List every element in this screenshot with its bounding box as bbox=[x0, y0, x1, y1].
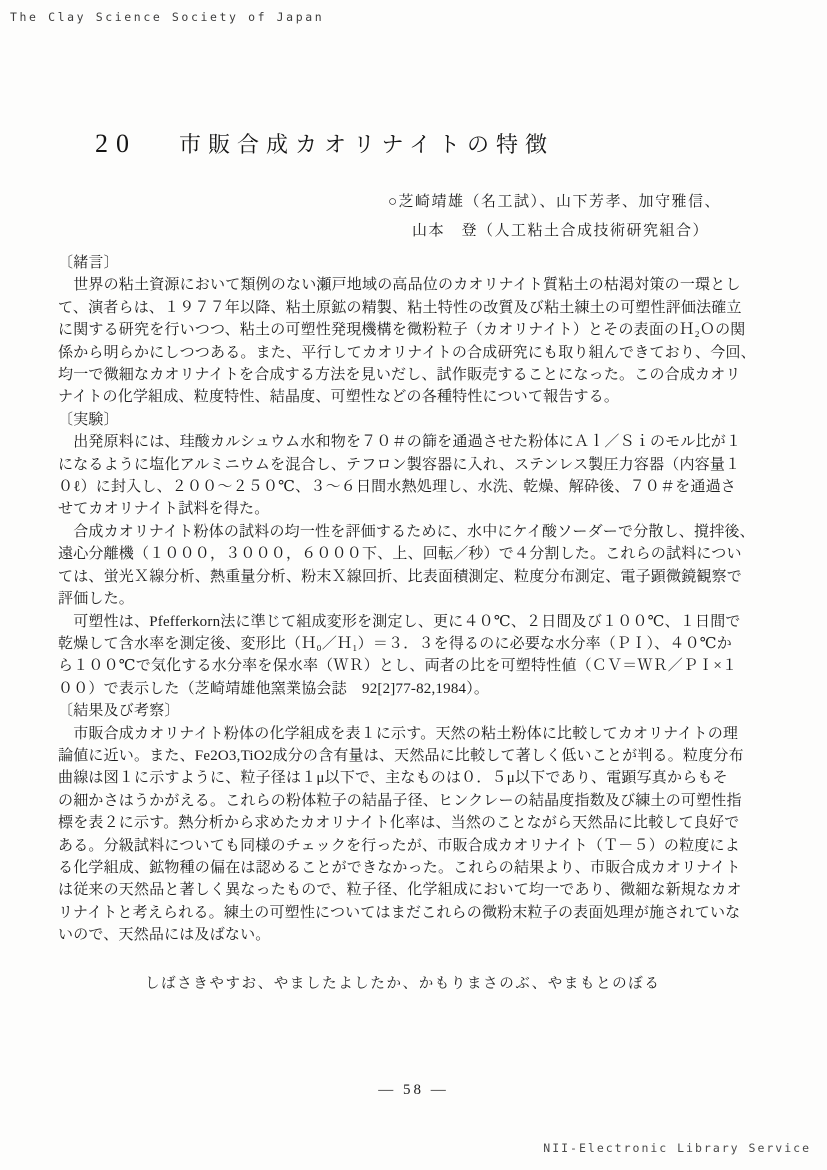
body-line: 市販合成カオリナイト粉体の化学組成を表１に示す。天然の粘土粉体に比較してカオリナ… bbox=[58, 723, 774, 745]
body-line: 遠心分離機（１０００，３０００，６０００下、上、回転／秒）で４分割した。これらの… bbox=[58, 543, 774, 565]
body-line: る化学組成、鉱物種の偏在は認めることができなかった。これらの結果より、市販合成カ… bbox=[58, 857, 774, 879]
body-line: ００）で表示した（芝崎靖雄他窯業協会誌 92[2]77-82,1984）。 bbox=[58, 678, 774, 700]
body-line: 論値に近い。また、Fe2O3,TiO2成分の含有量は、天然品に比較して著しく低い… bbox=[58, 745, 774, 767]
body-line: ては、蛍光Ｘ線分析、熱重量分析、粉末Ｘ線回折、比表面積測定、粒度分布測定、電子顕… bbox=[58, 566, 774, 588]
body-line: ナイトの化学組成、粒度特性、結晶度、可塑性などの各種特性について報告する。 bbox=[58, 386, 774, 408]
body-line: リナイトと考えられる。練土の可塑性についてはまだこれらの微粉末粒子の表面処理が施… bbox=[58, 902, 774, 924]
body-line: 評価した。 bbox=[58, 588, 774, 610]
body-line: 可塑性は、Pfefferkorn法に準じて組成変形を測定し、更に４０℃、２日間及… bbox=[58, 611, 774, 633]
body-line: 標を表２に示す。熱分析から求めたカオリナイト化率は、当然のことながら天然品に比較… bbox=[58, 812, 774, 834]
paper-title: 市販合成カオリナイトの特徴 bbox=[179, 128, 554, 159]
scanned-document-page: The Clay Science Society of Japan 20 市販合… bbox=[0, 0, 827, 1170]
paper-number: 20 bbox=[95, 129, 137, 159]
body-line: になるように塩化アルミニウムを混合し、テフロン製容器に入れ、ステンレス製圧力容器… bbox=[58, 454, 774, 476]
abstract-body: 〔緒言〕 世界の粘土資源において類例のない瀬戸地域の高品位のカオリナイト質粘土の… bbox=[58, 252, 774, 947]
body-line: 〔結果及び考察〕 bbox=[58, 700, 774, 722]
body-line: ら１００℃で気化する水分率を保水率（ＷＲ）とし、両者の比を可塑特性値（ＣＶ＝ＷＲ… bbox=[58, 655, 774, 677]
body-line: て、演者らは、１９７７年以降、粘土原鉱の精製、粘土特性の改質及び粘土練土の可塑性… bbox=[58, 297, 774, 319]
paper-title-row: 20 市販合成カオリナイトの特徴 bbox=[95, 128, 554, 159]
authors-block: ○芝崎靖雄（名工試）、山下芳孝、加守雅信、 山本 登（人工粘土合成技術研究組合） bbox=[388, 188, 721, 246]
body-line: 出発原料には、珪酸カルシュウム水和物を７０＃の篩を通過させた粉体にＡｌ／Ｓｉのモ… bbox=[58, 431, 774, 453]
body-line: ０ℓ）に封入し、２００～２５０℃、３～６日間水熱処理し、水洗、乾燥、解砕後、７０… bbox=[58, 476, 774, 498]
society-header: The Clay Science Society of Japan bbox=[10, 10, 324, 24]
body-line: いので、天然品には及ばない。 bbox=[58, 924, 774, 946]
body-line: 世界の粘土資源において類例のない瀬戸地域の高品位のカオリナイト質粘土の枯渇対策の… bbox=[58, 274, 774, 296]
page-number: ― 58 ― bbox=[0, 1082, 827, 1099]
body-line: ある。分級試料についても同様のチェックを行ったが、市販合成カオリナイト（Ｔ－５）… bbox=[58, 835, 774, 857]
body-line: 合成カオリナイト粉体の試料の均一性を評価するために、水中にケイ酸ソーダーで分散し… bbox=[58, 521, 774, 543]
nii-library-footer: NII-Electronic Library Service bbox=[543, 1141, 811, 1155]
body-line: 〔緒言〕 bbox=[58, 252, 774, 274]
body-line: 係から明らかにしつつある。また、平行してカオリナイトの合成研究にも取り組んできて… bbox=[58, 342, 774, 364]
body-line: は従来の天然品と著しく異なったもので、粒子径、化学組成において均一であり、微細な… bbox=[58, 879, 774, 901]
body-line: の細かさはうかがえる。これらの粉体粒子の結晶子径、ヒンクレーの結晶度指数及び練土… bbox=[58, 790, 774, 812]
body-line: に関する研究を行いつつ、粘土の可塑性発現機構を微粉粒子（カオリナイト）とその表面… bbox=[58, 319, 774, 341]
body-line: 均一で微細なカオリナイトを合成する方法を見いだし、試作販売することになった。この… bbox=[58, 364, 774, 386]
authors-line-1: ○芝崎靖雄（名工試）、山下芳孝、加守雅信、 bbox=[388, 188, 721, 217]
authors-line-2: 山本 登（人工粘土合成技術研究組合） bbox=[412, 217, 721, 246]
body-line: 〔実験〕 bbox=[58, 409, 774, 431]
body-line: せてカオリナイト試料を得た。 bbox=[58, 498, 774, 520]
author-names-kana: しばさきやすお、やましたよしたか、かもりまさのぶ、やまもとのぼる bbox=[145, 972, 661, 993]
body-line: 曲線は図１に示すように、粒子径は１μ以下で、主なものは０．５μ以下であり、電顕写… bbox=[58, 767, 774, 789]
body-line: 乾燥して含水率を測定後、変形比（Ｈ₀／Ｈ₁）＝３．３を得るのに必要な水分率（ＰＩ… bbox=[58, 633, 774, 655]
